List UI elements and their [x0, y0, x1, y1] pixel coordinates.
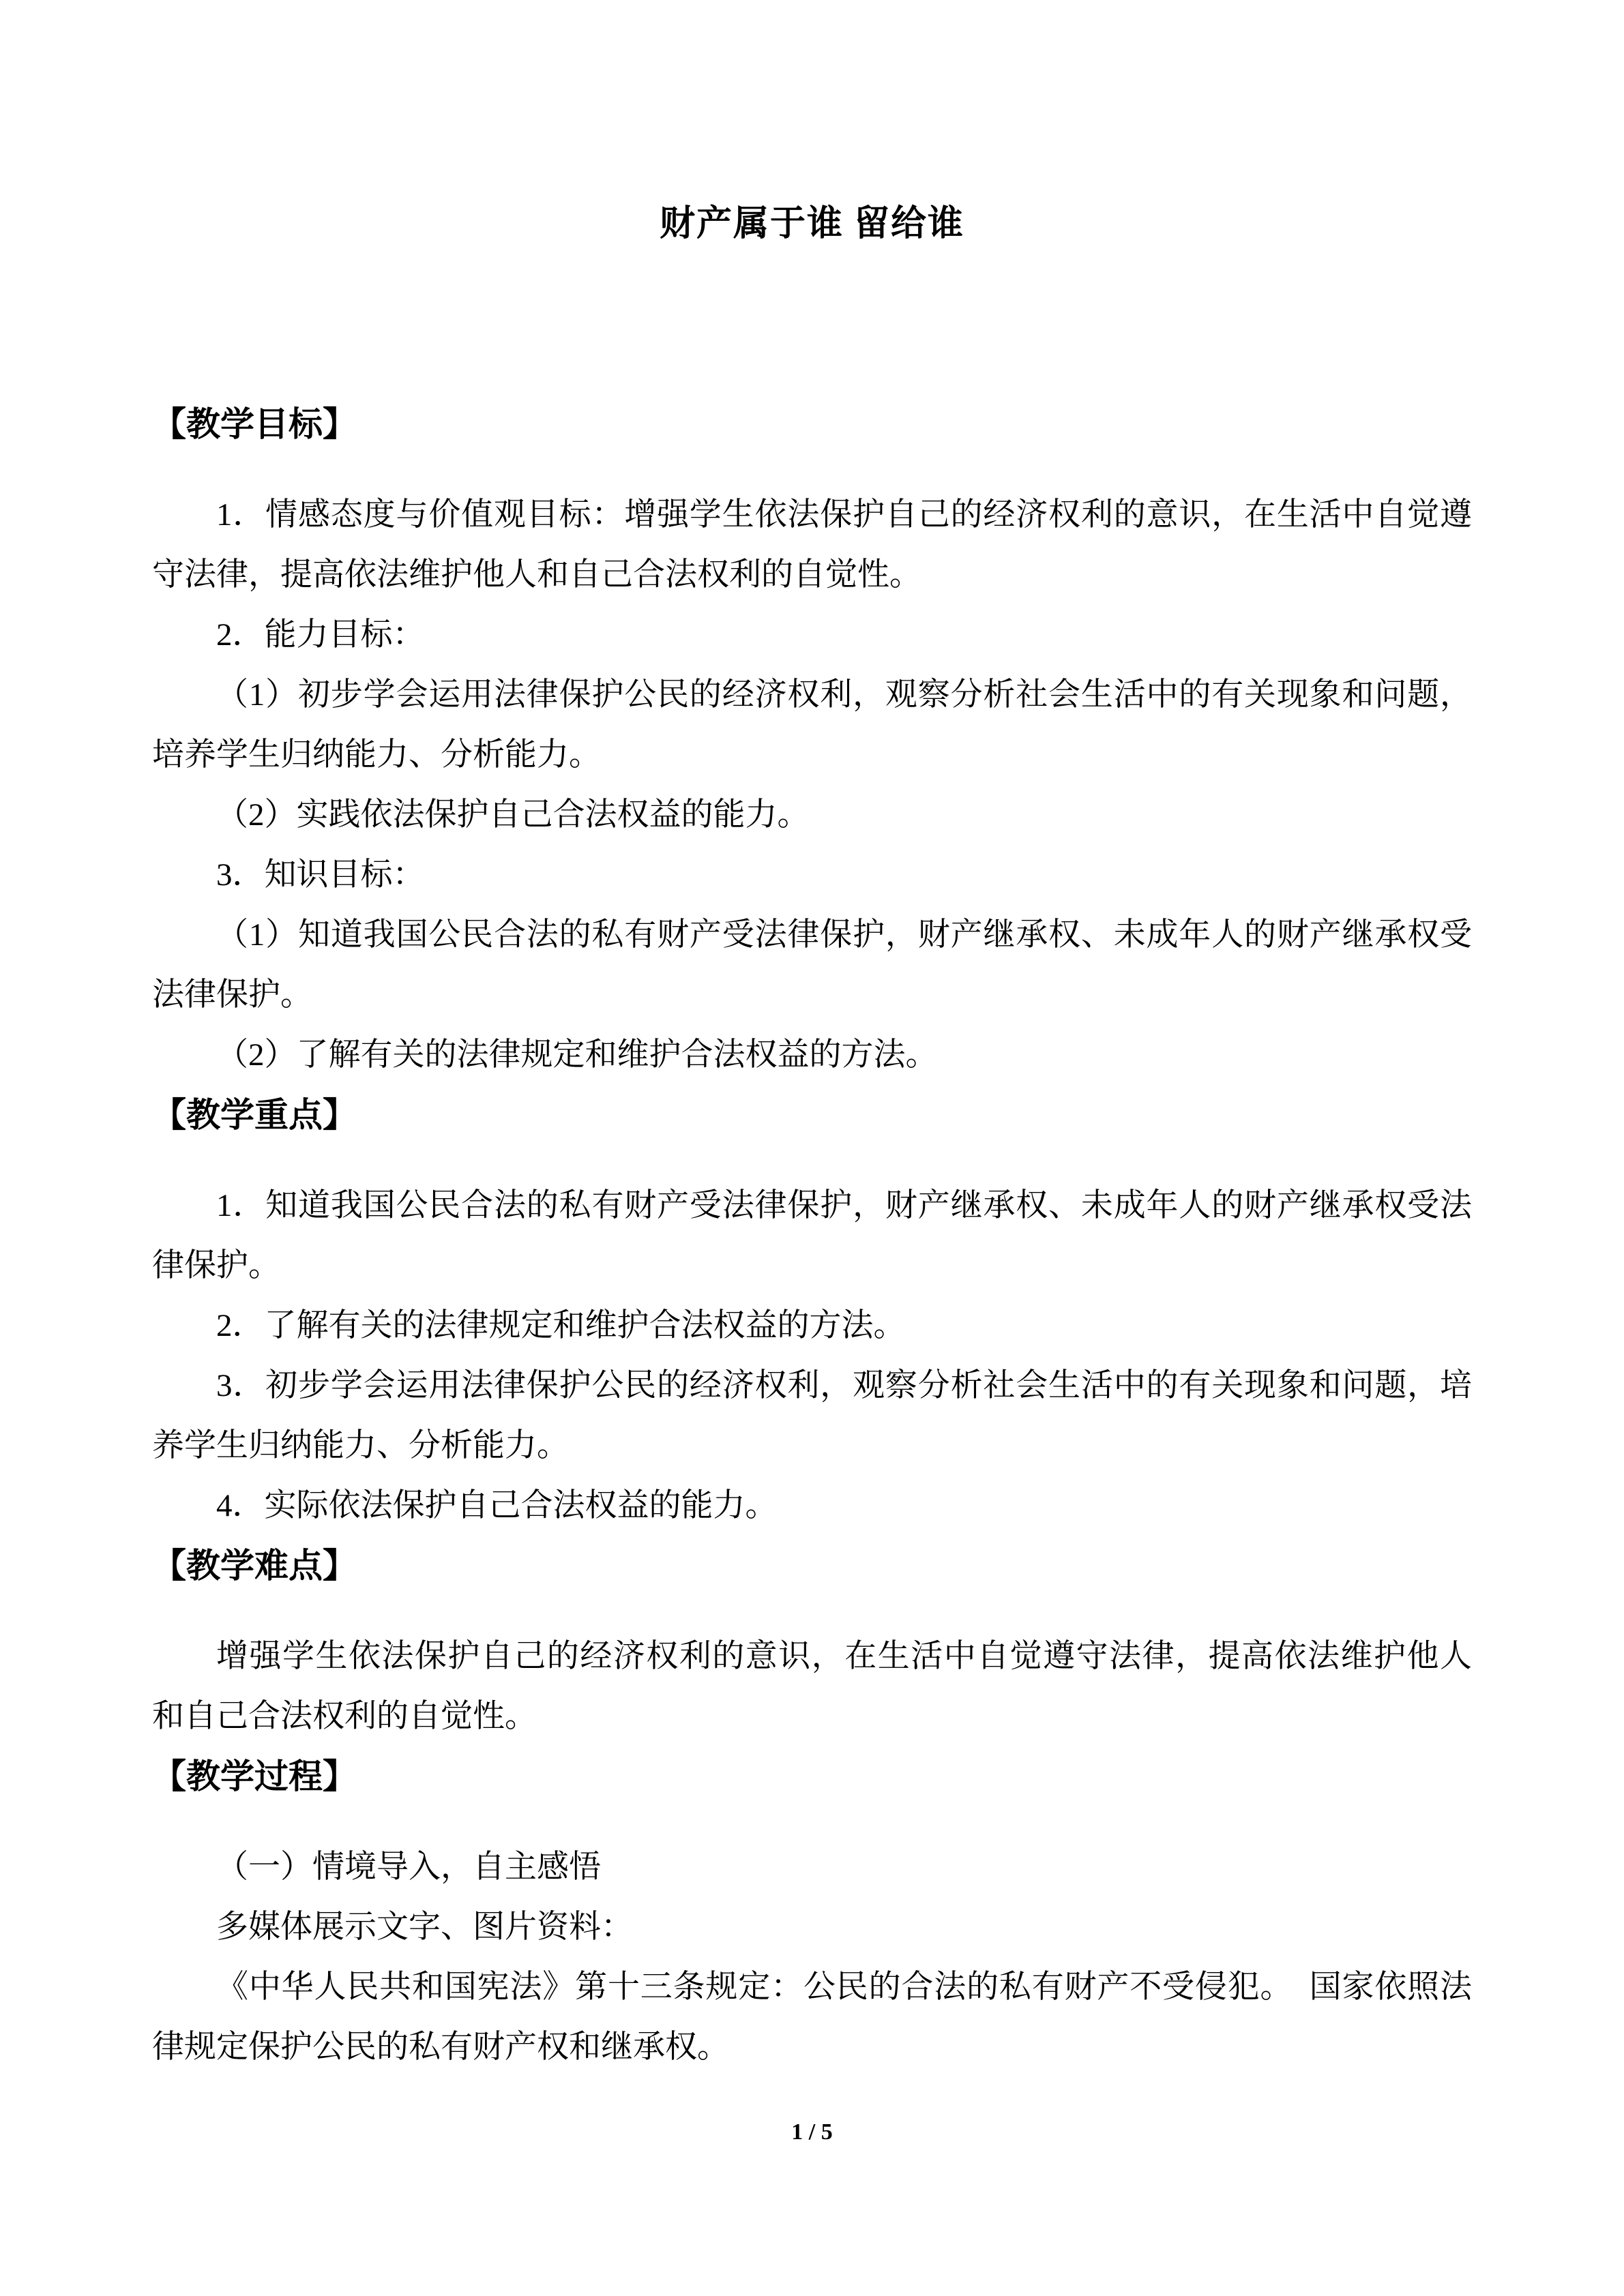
- text-line: 1．知道我国公民合法的私有财产受法律保护，财产继承权、未成年人的财产继承权受法: [152, 1176, 1472, 1236]
- section-heading: 【教学重点】: [152, 1085, 1472, 1145]
- document-page: 财产属于谁 留给谁 【教学目标】1．情感态度与价值观目标：增强学生依法保护自己的…: [0, 0, 1624, 2296]
- text-line: 多媒体展示文字、图片资料：: [152, 1897, 1472, 1957]
- text-line: 3．知识目标：: [152, 845, 1472, 905]
- text-line: 2．了解有关的法律规定和维护合法权益的方法。: [152, 1296, 1472, 1356]
- section-heading: 【教学过程】: [152, 1746, 1472, 1806]
- text-line: （一）情境导入，自主感悟: [152, 1837, 1472, 1897]
- document-body: 【教学目标】1．情感态度与价值观目标：增强学生依法保护自己的经济权利的意识，在生…: [152, 394, 1472, 2077]
- text-line: 守法律，提高依法维护他人和自己合法权利的自觉性。: [152, 545, 1472, 605]
- text-line: 3．初步学会运用法律保护公民的经济权利，观察分析社会生活中的有关现象和问题，培: [152, 1356, 1472, 1416]
- document-title: 财产属于谁 留给谁: [152, 194, 1472, 254]
- section-heading: 【教学难点】: [152, 1536, 1472, 1596]
- text-line: 律规定保护公民的私有财产权和继承权。: [152, 2017, 1472, 2077]
- text-line: （2）实践依法保护自己合法权益的能力。: [152, 785, 1472, 845]
- text-line: 法律保护。: [152, 965, 1472, 1025]
- text-line: 律保护。: [152, 1236, 1472, 1296]
- text-line: 2．能力目标：: [152, 605, 1472, 665]
- text-line: 培养学生归纳能力、分析能力。: [152, 725, 1472, 785]
- page-number: 1 / 5: [0, 2117, 1624, 2147]
- text-line: 1．情感态度与价值观目标：增强学生依法保护自己的经济权利的意识，在生活中自觉遵: [152, 485, 1472, 545]
- text-line: （1）初步学会运用法律保护公民的经济权利，观察分析社会生活中的有关现象和问题，: [152, 665, 1472, 725]
- text-line: （1）知道我国公民合法的私有财产受法律保护，财产继承权、未成年人的财产继承权受: [152, 905, 1472, 965]
- text-line: 增强学生依法保护自己的经济权利的意识，在生活中自觉遵守法律，提高依法维护他人: [152, 1626, 1472, 1686]
- text-line: 和自己合法权利的自觉性。: [152, 1686, 1472, 1746]
- text-line: （2）了解有关的法律规定和维护合法权益的方法。: [152, 1025, 1472, 1085]
- text-line: 养学生归纳能力、分析能力。: [152, 1416, 1472, 1476]
- text-line: 4．实际依法保护自己合法权益的能力。: [152, 1476, 1472, 1536]
- text-line: 《中华人民共和国宪法》第十三条规定：公民的合法的私有财产不受侵犯。 国家依照法: [152, 1957, 1472, 2017]
- section-heading: 【教学目标】: [152, 394, 1472, 454]
